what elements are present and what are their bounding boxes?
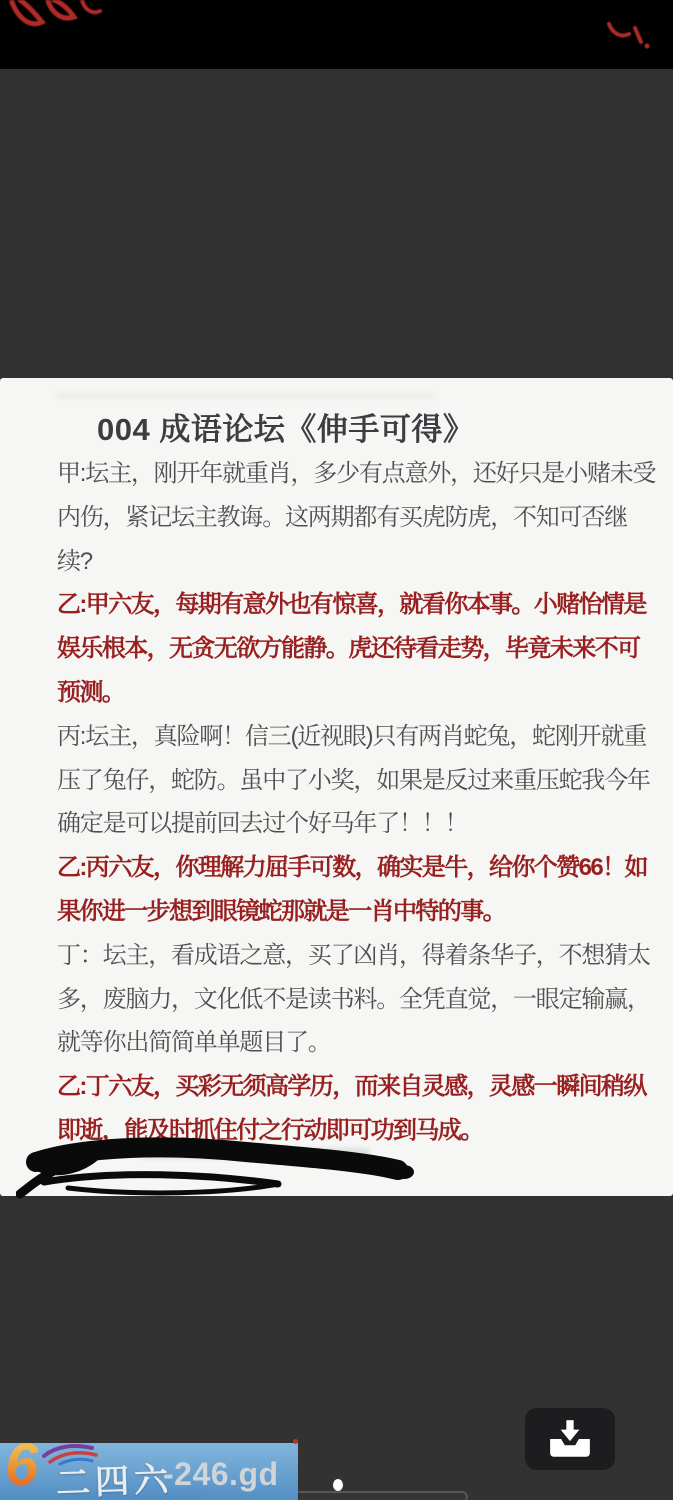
watermark-domain-text: 246.gd [174, 1456, 278, 1492]
text-line: 乙:丙六友，你理解力屈手可数，确实是牛，给你个赞66！如 [57, 846, 655, 890]
text-line: 乙:丁六友，买彩无须高学历，而来自灵感，灵感一瞬间稍纵 [57, 1065, 655, 1109]
download-button[interactable] [525, 1408, 615, 1470]
redaction-scribble [16, 1136, 420, 1200]
text-line: 甲:坛主，刚开年就重肖，多少有点意外，还好只是小赌未受 [57, 452, 655, 496]
watermark-red-dot [293, 1439, 298, 1444]
text-line: 娱乐根本，无贪无欲方能静。虎还待看走势，毕竟未来不可 [57, 627, 655, 671]
paper-ghost-smudge [55, 392, 435, 399]
watermark-separator: - [163, 1456, 174, 1492]
watermark-logo-digit: 6 [5, 1435, 38, 1495]
text-line: 果你进一步想到眼镜蛇那就是一肖中特的事。 [57, 890, 655, 934]
text-line: 多，废脑力，文化低不是读书料。全凭直觉，一眼定输赢， [57, 978, 655, 1022]
text-line: 丁：坛主，看成语之意，买了凶肖，得着条华子，不想猜太 [57, 934, 655, 978]
text-line: 预测。 [57, 671, 655, 715]
document-body-text: 甲:坛主，刚开年就重肖，多少有点意外，还好只是小赌未受内伤，紧记坛主教诲。这两期… [57, 452, 655, 1153]
red-pen-marks-topleft [4, 0, 104, 42]
text-line: 乙:甲六友，每期有意外也有惊喜，就看你本事。小赌怡情是 [57, 583, 655, 627]
watermark-domain: -246.gd [163, 1456, 279, 1493]
watermark-banner: 6 二四六 -246.gd [0, 1443, 298, 1500]
text-line: 压了兔仔，蛇防。虽中了小奖，如果是反过来重压蛇我今年 [57, 759, 655, 803]
watermark-brand-cn: 二四六 [55, 1452, 174, 1500]
text-line: 内伤，紧记坛主教诲。这两期都有买虎防虎，不知可否继 [57, 496, 655, 540]
text-line: 续? [57, 540, 655, 584]
photo-viewer: 004 成语论坛《伸手可得》 甲:坛主，刚开年就重肖，多少有点意外，还好只是小赌… [0, 0, 673, 1500]
text-line: 确定是可以提前回去过个好马年了！！！ [57, 802, 655, 846]
text-line: 就等你出简简单单题目了。 [57, 1021, 655, 1065]
text-line: 丙:坛主，真险啊！信三(近视眼)只有两肖蛇兔，蛇刚开就重 [57, 715, 655, 759]
document-title: 004 成语论坛《伸手可得》 [97, 404, 474, 449]
page-indicator-dot [333, 1479, 343, 1491]
red-pen-marks-topright [603, 20, 657, 58]
download-tray-icon [547, 1419, 593, 1459]
